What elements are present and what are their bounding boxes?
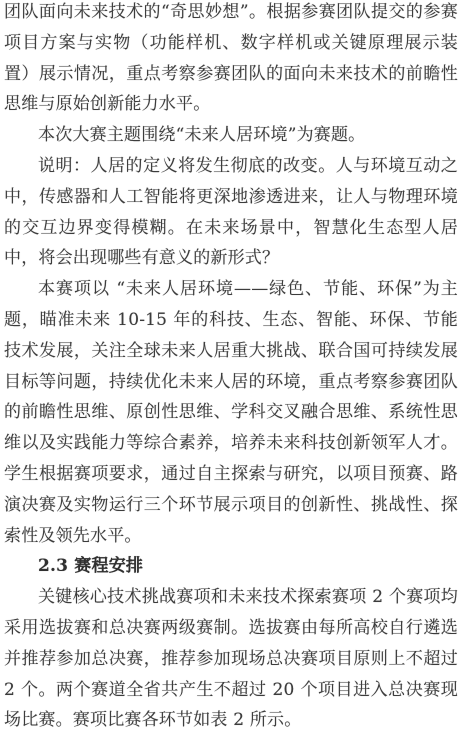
section-heading-2-3: 2.3 赛程安排 [4,551,458,582]
document-body-text: 团队面向未来技术的“奇思妙想”。根据参赛团队提交的参赛项目方案与实物（功能样机、… [4,0,458,736]
paragraph-continuation: 团队面向未来技术的“奇思妙想”。根据参赛团队提交的参赛项目方案与实物（功能样机、… [4,0,458,120]
paragraph-schedule: 关键核心技术挑战赛项和未来技术探索赛项 2 个赛项均采用选拔赛和总决赛两级赛制。… [4,582,458,736]
paragraph-explanation: 说明：人居的定义将发生彻底的改变。人与环境互动之中，传感器和人工智能将更深地渗透… [4,151,458,274]
document-page: 团队面向未来技术的“奇思妙想”。根据参赛团队提交的参赛项目方案与实物（功能样机、… [0,0,465,742]
paragraph-theme: 本次大赛主题围绕“未来人居环境”为赛题。 [4,120,458,151]
paragraph-event-theme: 本赛项以 “未来人居环境——绿色、节能、环保”为主题，瞄准未来 10-15 年的… [4,274,458,551]
